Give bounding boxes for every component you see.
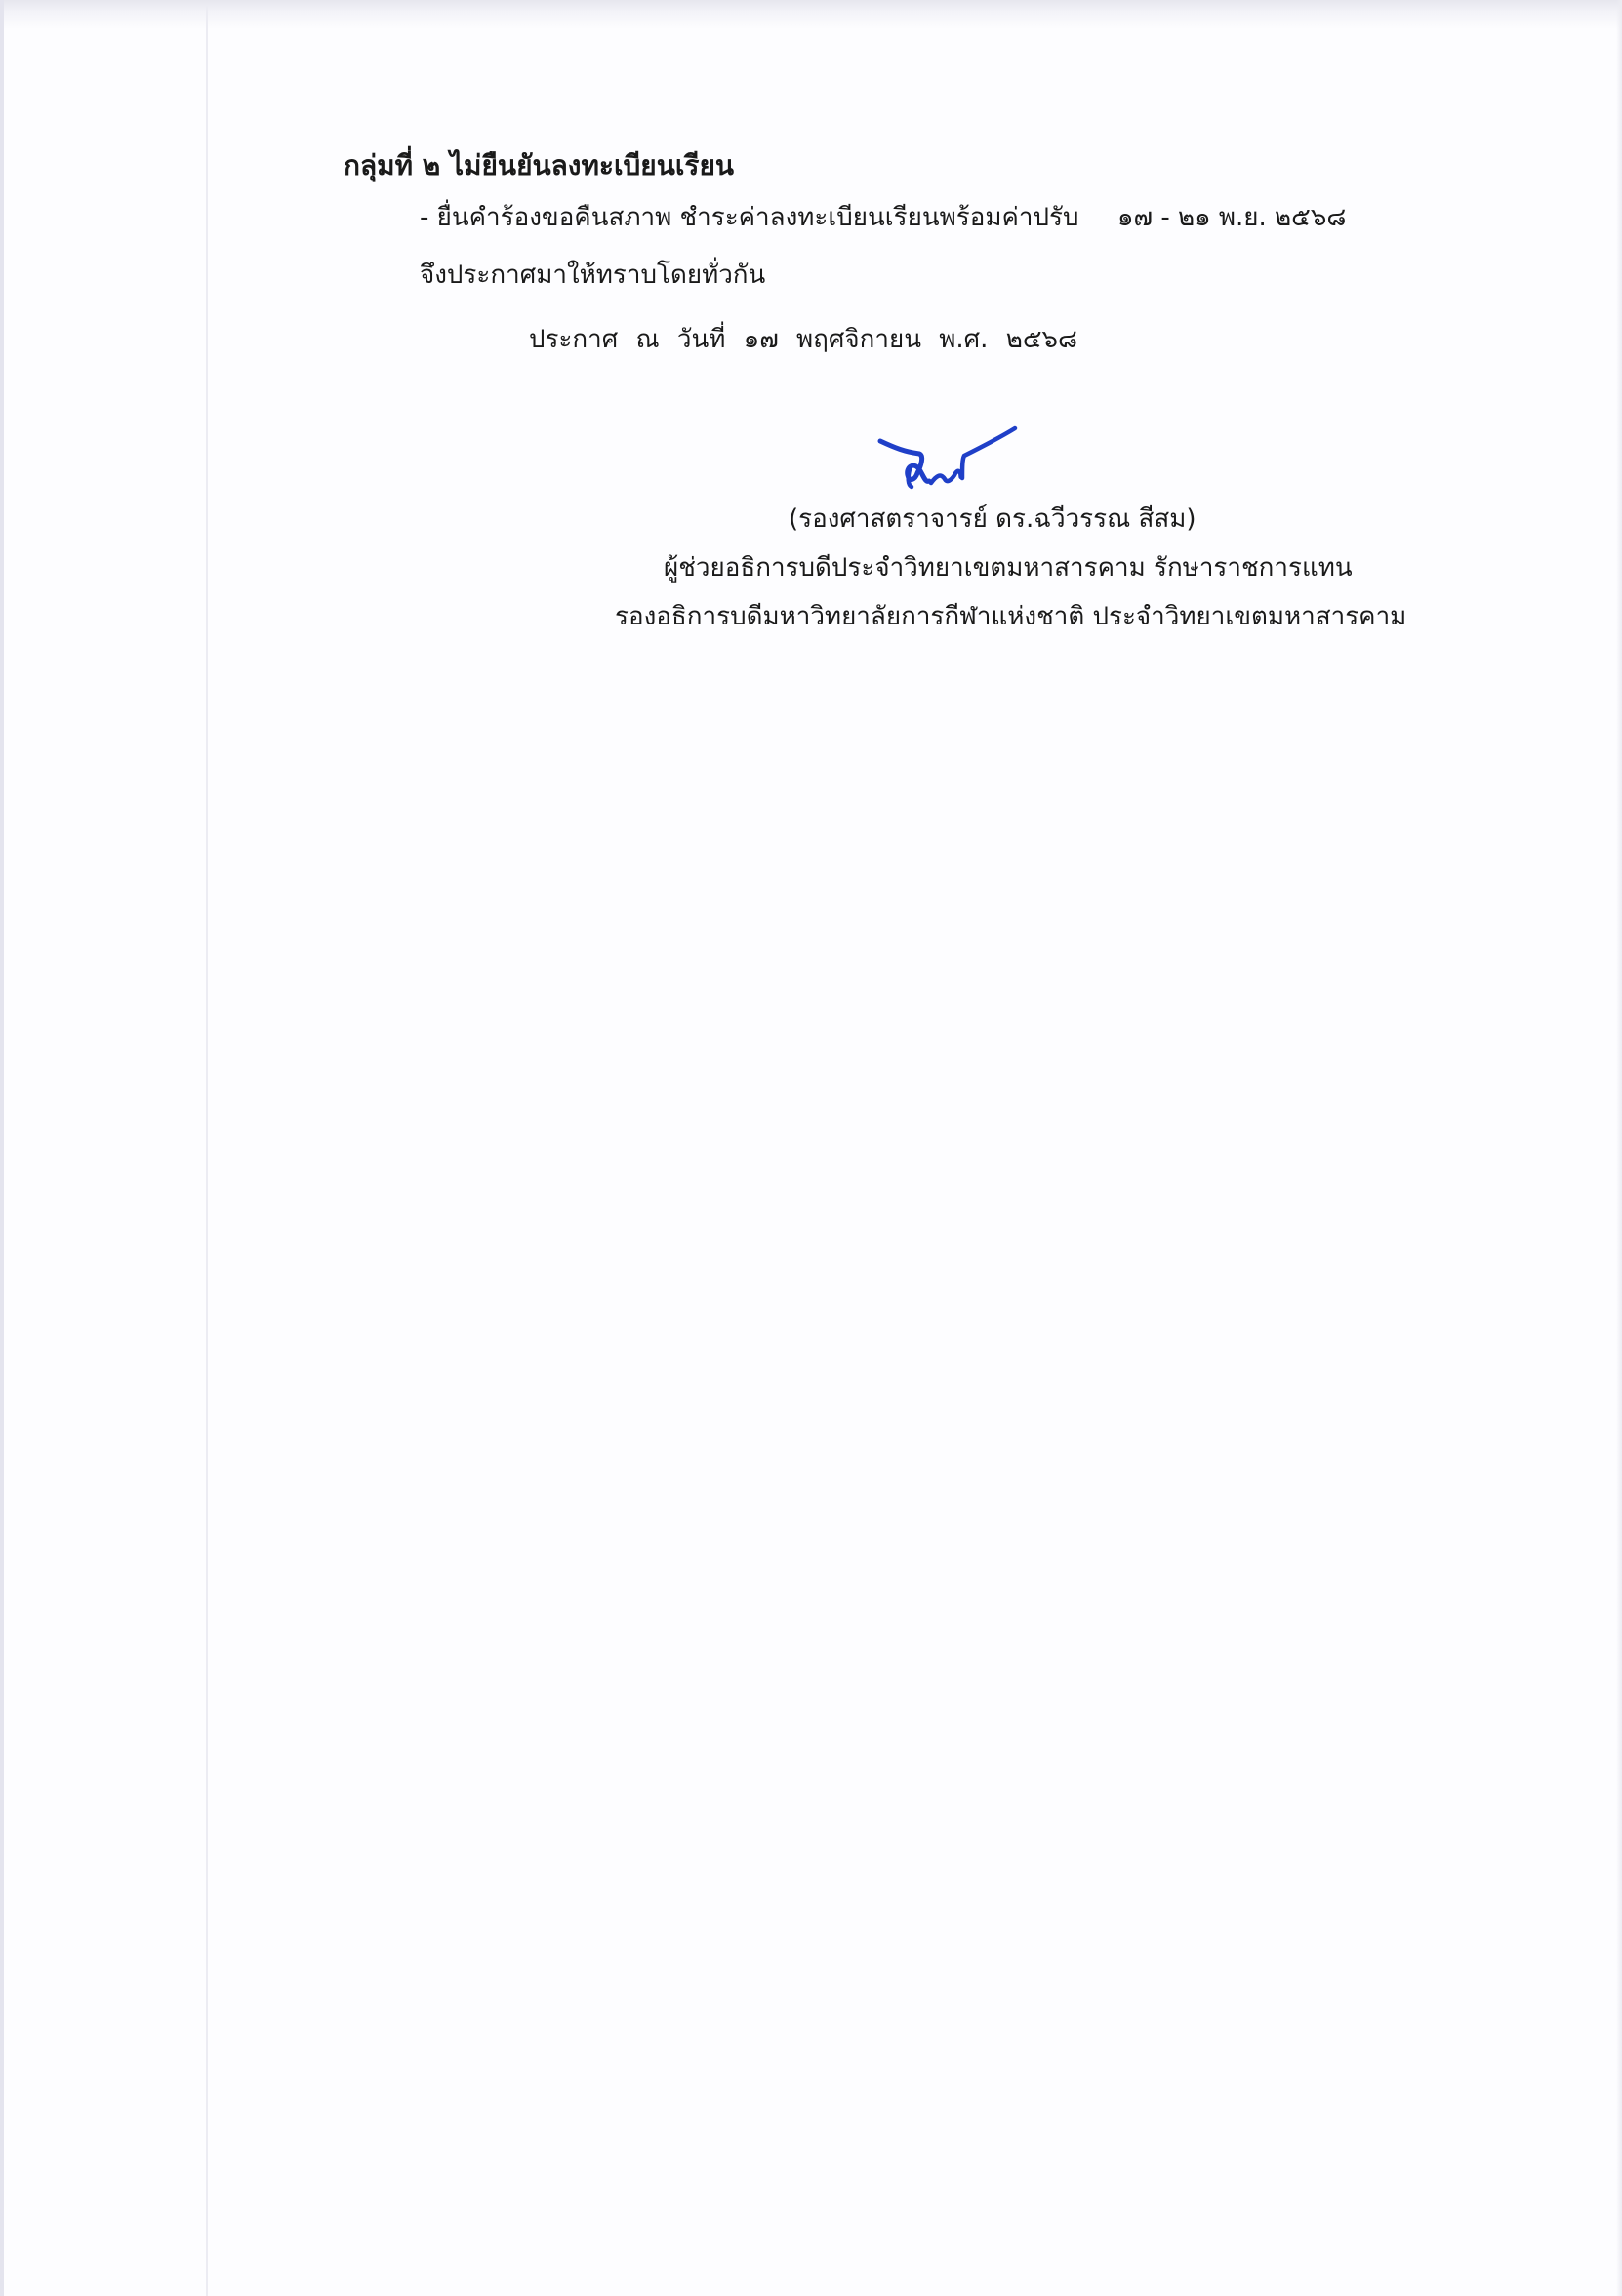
scan-right-edge <box>1616 0 1622 2296</box>
signer-position-line-2: รองอธิการบดีมหาวิทยาลัยการกีฬาแห่งชาติ ป… <box>615 597 1406 636</box>
group-heading: กลุ่มที่ ๒ ไม่ยืนยันลงทะเบียนเรียน <box>344 146 734 185</box>
scan-left-edge <box>0 0 4 2296</box>
signature-icon <box>851 405 1027 493</box>
closing-statement: จึงประกาศมาให้ทราบโดยทั่วกัน <box>420 256 765 295</box>
signer-position-line-1: ผู้ช่วยอธิการบดีประจำวิทยาเขตมหาสารคาม ร… <box>664 548 1353 587</box>
page-fold-line <box>206 6 208 2296</box>
item-description: - ยื่นคำร้องขอคืนสภาพ ชำระค่าลงทะเบียนเร… <box>420 198 1078 237</box>
scan-top-shadow <box>0 0 1622 29</box>
signer-name: (รองศาสตราจารย์ ดร.ฉวีวรรณ สีสม) <box>789 500 1196 539</box>
item-date-range: ๑๗ - ๒๑ พ.ย. ๒๕๖๘ <box>1117 198 1346 237</box>
announcement-date: ประกาศ ณ วันที่ ๑๗ พฤศจิกายน พ.ศ. ๒๕๖๘ <box>529 320 1077 359</box>
